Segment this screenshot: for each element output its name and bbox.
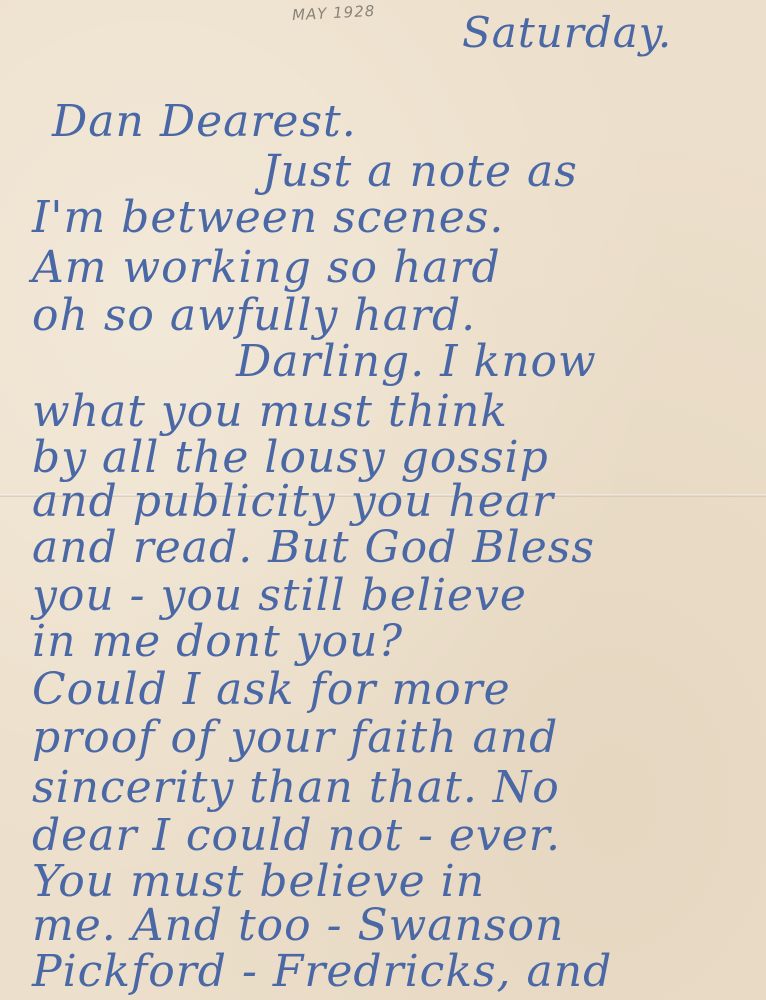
- letter-line: by all the lousy gossip: [32, 436, 549, 480]
- letter-line: you - you still believe: [32, 574, 527, 618]
- letter-line: in me dont you?: [32, 620, 403, 664]
- letter-page: MAY 1928 Saturday. Dan Dearest. Just a n…: [0, 0, 766, 1000]
- letter-salutation: Dan Dearest.: [52, 100, 357, 144]
- letter-line: I'm between scenes.: [32, 196, 504, 240]
- letter-line: what you must think: [32, 390, 508, 434]
- letter-line: Just a note as: [262, 150, 578, 194]
- archive-date-note: MAY 1928: [292, 2, 376, 24]
- letter-day: Saturday.: [462, 12, 672, 54]
- letter-line: oh so awfully hard.: [32, 294, 476, 338]
- letter-line: me. And too - Swanson: [32, 904, 564, 948]
- letter-line: Could I ask for more: [32, 668, 511, 712]
- letter-line: and read. But God Bless: [32, 526, 595, 570]
- letter-line: Pickford - Fredricks, and: [32, 950, 612, 994]
- letter-line: dear I could not - ever.: [32, 814, 561, 858]
- letter-line: and publicity you hear: [32, 480, 554, 524]
- letter-line: sincerity than that. No: [32, 766, 560, 810]
- letter-line: Am working so hard: [32, 246, 501, 290]
- letter-line: You must believe in: [32, 860, 485, 904]
- letter-line: Darling. I know: [236, 340, 597, 384]
- letter-line: proof of your faith and: [32, 716, 558, 760]
